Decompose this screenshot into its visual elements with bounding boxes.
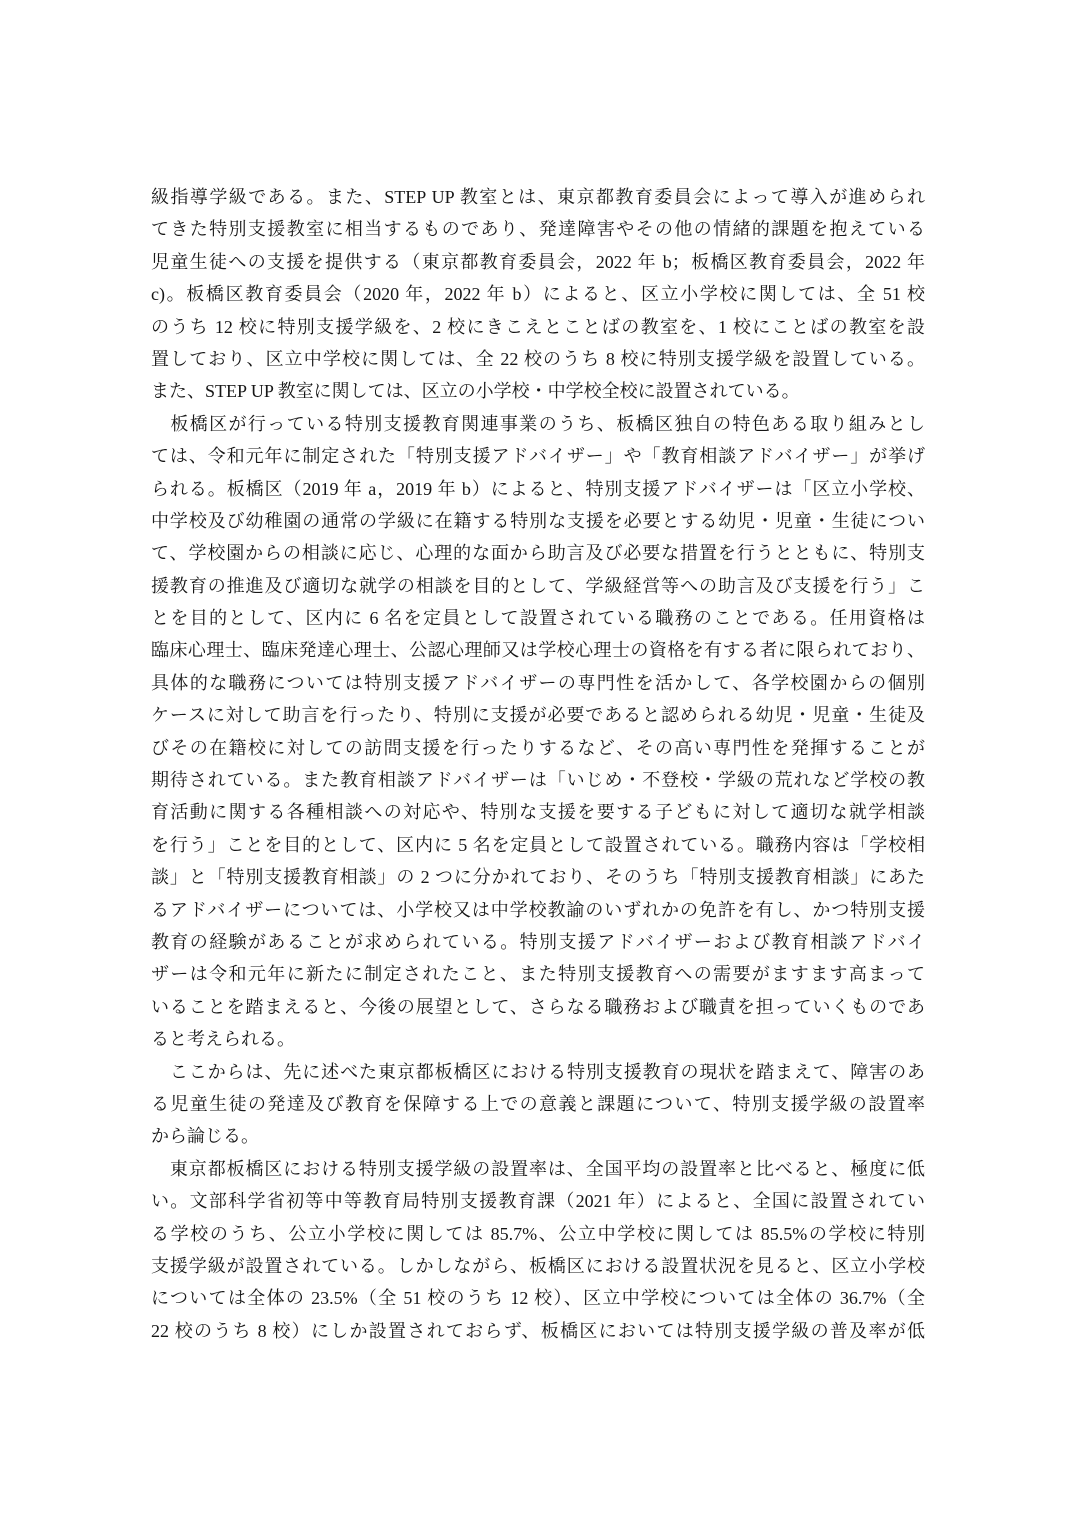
text-line: る学校のうち、公立小学校に関しては 85.7%、公立中学校に関しては 85.5%… [151,1218,925,1250]
text-line: 板橋区が行っている特別支援教育関連事業のうち、板橋区独自の特色ある取り組みとし [151,408,925,440]
text-line: 期待されている。また教育相談アドバイザーは「いじめ・不登校・学級の荒れなど学校の… [151,764,925,796]
text-line: びその在籍校に対しての訪問支援を行ったりするなど、その高い専門性を発揮することが [151,732,925,764]
text-line: 級指導学級である。また、STEP UP 教室とは、東京都教育委員会によって導入が… [151,181,925,213]
text-line: とを目的として、区内に 6 名を定員として設置されている職務のことである。任用資… [151,602,925,634]
text-line: 臨床心理士、臨床発達心理士、公認心理師又は学校心理士の資格を有する者に限られてお… [151,634,925,666]
text-line: い。文部科学省初等中等教育局特別支援教育課（2021 年）によると、全国に設置さ… [151,1185,925,1217]
text-line: 東京都板橋区における特別支援学級の設置率は、全国平均の設置率と比べると、極度に低 [151,1153,925,1185]
text-block: 級指導学級である。また、STEP UP 教室とは、東京都教育委員会によって導入が… [151,181,925,1347]
text-line: 置しており、区立中学校に関しては、全 22 校のうち 8 校に特別支援学級を設置… [151,343,925,375]
text-line: 育活動に関する各種相談への対応や、特別な支援を要する子どもに対して適切な就学相談 [151,796,925,828]
text-line: 談」と「特別支援教育相談」の 2 つに分かれており、そのうち「特別支援教育相談」… [151,861,925,893]
text-line: 支援学級が設置されている。しかしながら、板橋区における設置状況を見ると、区立小学… [151,1250,925,1282]
text-line: 22 校のうち 8 校）にしか設置されておらず、板橋区においては特別支援学級の普… [151,1315,925,1347]
text-line: ては、令和元年に制定された「特別支援アドバイザー」や「教育相談アドバイザー」が挙… [151,440,925,472]
text-line: を行う」ことを目的として、区内に 5 名を定員として設置されている。職務内容は「… [151,829,925,861]
document-page: 級指導学級である。また、STEP UP 教室とは、東京都教育委員会によって導入が… [0,0,1076,1522]
text-line: また、STEP UP 教室に関しては、区立の小学校・中学校全校に設置されている。 [151,375,925,407]
text-line: ザーは令和元年に新たに制定されたこと、また特別支援教育への需要がますます高まって [151,958,925,990]
text-line: るアドバイザーについては、小学校又は中学校教諭のいずれかの免許を有し、かつ特別支… [151,894,925,926]
text-line: られる。板橋区（2019 年 a，2019 年 b）によると、特別支援アドバイザ… [151,473,925,505]
text-line: いることを踏まえると、今後の展望として、さらなる職務および職責を担っていくもので… [151,991,925,1023]
text-line: については全体の 23.5%（全 51 校のうち 12 校）、区立中学校について… [151,1282,925,1314]
text-line: のうち 12 校に特別支援学級を、2 校にきこえとことばの教室を、1 校にことば… [151,311,925,343]
text-line: てきた特別支援教室に相当するものであり、発達障害やその他の情緒的課題を抱えている [151,213,925,245]
text-line: て、学校園からの相談に応じ、心理的な面から助言及び必要な措置を行うとともに、特別… [151,537,925,569]
text-line: る児童生徒の発達及び教育を保障する上での意義と課題について、特別支援学級の設置率 [151,1088,925,1120]
text-line: から論じる。 [151,1120,925,1152]
text-line: 中学校及び幼稚園の通常の学級に在籍する特別な支援を必要とする幼児・児童・生徒につ… [151,505,925,537]
text-line: ここからは、先に述べた東京都板橋区における特別支援教育の現状を踏まえて、障害のあ [151,1056,925,1088]
text-line: 児童生徒への支援を提供する（東京都教育委員会，2022 年 b；板橋区教育委員会… [151,246,925,278]
text-line: 教育の経験があることが求められている。特別支援アドバイザーおよび教育相談アドバイ [151,926,925,958]
text-line: 援教育の推進及び適切な就学の相談を目的として、学級経営等への助言及び支援を行う」… [151,570,925,602]
text-line: c)。板橋区教育委員会（2020 年，2022 年 b）によると、区立小学校に関… [151,278,925,310]
text-line: 具体的な職務については特別支援アドバイザーの専門性を活かして、各学校園からの個別 [151,667,925,699]
text-line: ると考えられる。 [151,1023,925,1055]
text-line: ケースに対して助言を行ったり、特別に支援が必要であると認められる幼児・児童・生徒… [151,699,925,731]
